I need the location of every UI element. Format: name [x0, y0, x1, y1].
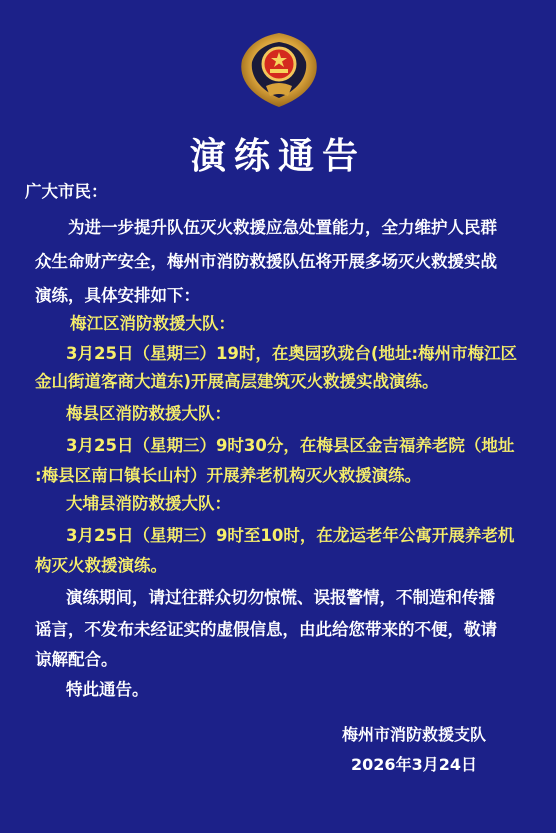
signature-date: 2026年3月24日	[334, 752, 494, 775]
notice-page: 演练通告 广大市民： 为进一步提升队伍灭火救援应急处置能力，全力维护人民群 众生…	[0, 0, 556, 833]
section-line: 3月25日（星期三）9时30分，在梅县区金吉福养老院（地址	[66, 436, 514, 456]
page-title: 演练通告	[0, 128, 556, 179]
intro-line: 众生命财产安全，梅州市消防救援队伍将开展多场灭火救援实战	[35, 252, 497, 272]
signature-org: 梅州市消防救援支队	[334, 722, 494, 745]
salutation: 广大市民：	[25, 182, 108, 202]
section-line: 3月25日（星期三）9时至10时，在龙运老年公寓开展养老机	[66, 526, 514, 546]
notice-line: 谅解配合。	[35, 650, 118, 670]
intro-line: 为进一步提升队伍灭火救援应急处置能力，全力维护人民群	[68, 218, 497, 238]
notice-line: 谣言，不发布未经证实的虚假信息，由此给您带来的不便，敬请	[35, 620, 497, 640]
notice-line: 演练期间，请过往群众切勿惊慌、误报警情，不制造和传播	[66, 588, 495, 608]
section-line: 构灭火救援演练。	[35, 556, 167, 576]
section-unit-dabu: 大埔县消防救援大队：	[66, 494, 231, 514]
section-line: 金山街道客商大道东)开展高层建筑灭火救援实战演练。	[35, 372, 439, 392]
section-line: 3月25日（星期三）19时，在奥园玖珑台(地址:梅州市梅江区	[66, 344, 517, 364]
fire-rescue-emblem-icon	[236, 30, 322, 110]
closing: 特此通告。	[66, 680, 149, 700]
section-unit-meijiang: 梅江区消防救援大队：	[70, 314, 235, 334]
section-unit-meixian: 梅县区消防救援大队：	[66, 404, 231, 424]
intro-line: 演练，具体安排如下：	[35, 286, 200, 306]
section-line: :梅县区南口镇长山村）开展养老机构灭火救援演练。	[35, 466, 421, 486]
